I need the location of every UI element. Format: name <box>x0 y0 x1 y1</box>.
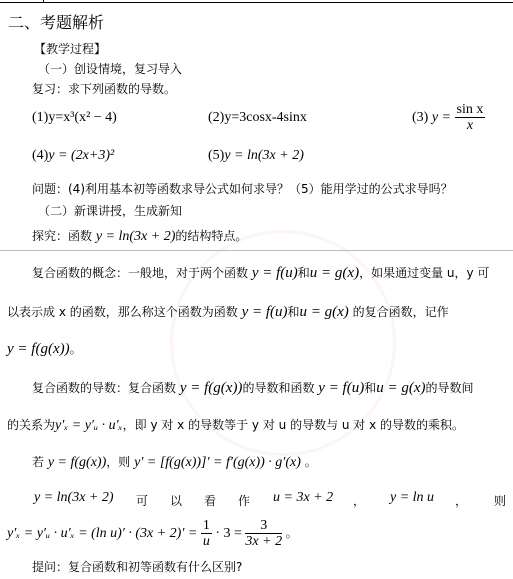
example-then: 则 <box>494 492 506 509</box>
part1-heading: （一）创设情境，复习导入 <box>38 60 182 77</box>
concept-line-1: 复合函数的概念：一般地，对于两个函数 y = f(u)和u = g(x)，如果通… <box>32 264 489 282</box>
chain-rule-line: 若 y = f(g(x))，则 y′ = [f(g(x))]′ = f′(g(x… <box>32 453 317 471</box>
concept-line-3: y = f(g(x))。 <box>7 340 82 358</box>
example-comma-1: ， <box>353 492 365 509</box>
derivative-line-2: 的关系为y′ₓ = y′ᵤ · u′ₓ，即 y 对 x 的导数等于 y 对 u … <box>7 416 464 434</box>
fraction-1-over-u: 1 u <box>201 518 212 550</box>
example-comma-2: ， <box>455 492 467 509</box>
exercise-5: (5)y = ln(3x + 2) <box>208 148 304 164</box>
top-border-line <box>0 2 513 3</box>
exercise-1: (1)y=x³(x² − 4) <box>32 110 117 126</box>
example-word-2: 以 <box>170 492 182 509</box>
exercise-3: (3) y = sin x x <box>412 102 485 134</box>
top-border-tick <box>43 0 44 3</box>
question-text: 问题：(4)利用基本初等函数求导公式如何求导？（5）能用学过的公式求导吗？ <box>32 180 453 197</box>
example-calc: y′ₓ = y′ᵤ · u′ₓ = (ln u)′ · (3x + 2)′ = … <box>7 518 298 550</box>
example-word-3: 看 <box>204 492 216 509</box>
section-title: 二、考题解析 <box>8 10 104 33</box>
final-question: 提问：复合函数和初等函数有什么区别? <box>32 558 242 575</box>
example-word-1: 可 <box>136 492 148 509</box>
part2-heading: （二）新课讲授，生成新知 <box>38 202 182 219</box>
example-word-4: 作 <box>238 492 250 509</box>
derivative-line-1: 复合函数的导数：复合函数 y = f(g(x))的导数和函数 y = f(u)和… <box>32 379 474 397</box>
exercise-2: (2)y=3cosx-4sinx <box>208 110 307 126</box>
fraction-3-over-3x-plus-2: 3 3x + 2 <box>245 518 282 550</box>
example-u: u = 3x + 2 <box>273 490 333 506</box>
fraction: sin x x <box>455 102 486 134</box>
concept-line-2: 以表示成 x 的函数，那么称这个函数为函数 y = f(u)和u = g(x) … <box>7 303 449 321</box>
explore-text: 探究：函数 y = ln(3x + 2)的结构特点。 <box>32 227 247 245</box>
section-divider <box>0 250 513 251</box>
exercise-4: (4)y = (2x+3)² <box>32 148 114 164</box>
example-y-lnu: y = ln u <box>390 490 434 506</box>
teaching-process-heading: 【教学过程】 <box>34 40 106 57</box>
example-expr: y = ln(3x + 2) <box>34 490 114 506</box>
review-label: 复习：求下列函数的导数。 <box>32 80 176 97</box>
